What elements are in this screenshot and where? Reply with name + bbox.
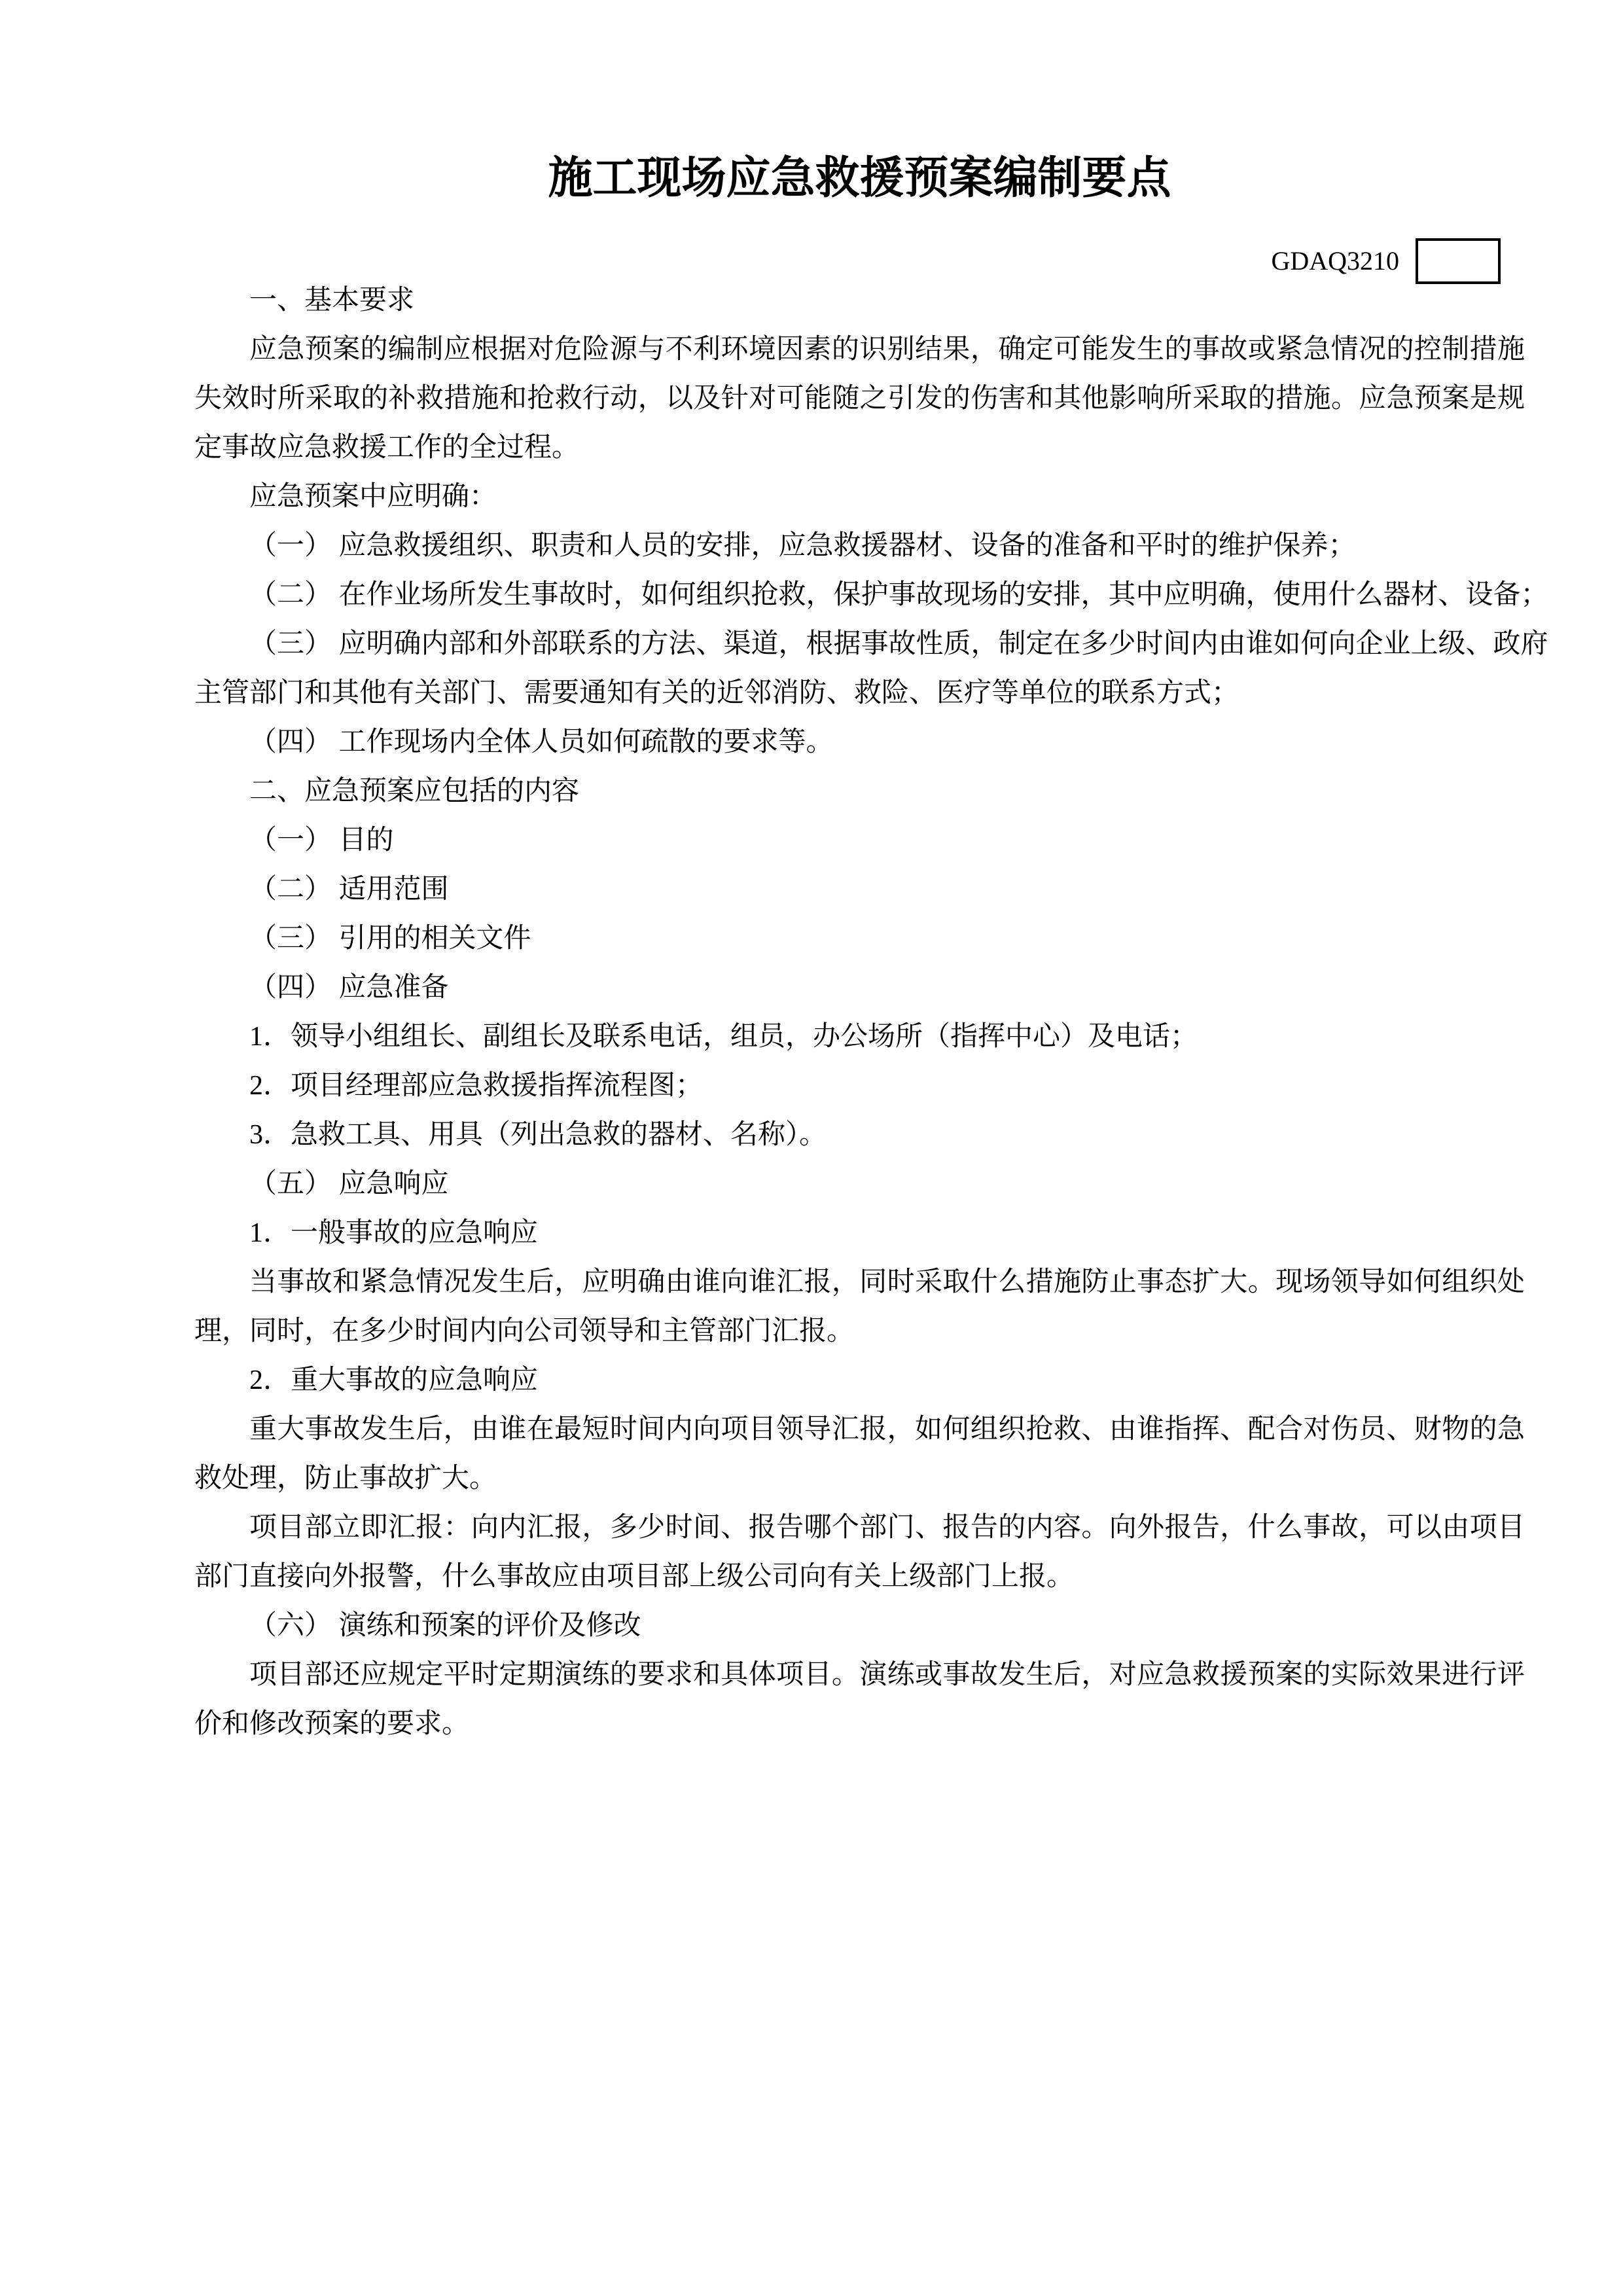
text-line: 1．领导小组组长、副组长及联系电话，组员，办公场所（指挥中心）及电话； [194, 1013, 1525, 1062]
text-line: （三） 引用的相关文件 [194, 914, 1525, 963]
text-line: 价和修改预案的要求。 [194, 1700, 1525, 1749]
page-title: 施工现场应急救援预案编制要点 [194, 152, 1525, 204]
text-line: 失效时所采取的补救措施和抢救行动，以及针对可能随之引发的伤害和其他影响所采取的措… [194, 374, 1525, 423]
text-line: 主管部门和其他有关部门、需要通知有关的近邻消防、救险、医疗等单位的联系方式； [194, 669, 1525, 718]
text-line: 一、基本要求 [194, 276, 1525, 325]
text-line: 2．项目经理部应急救援指挥流程图； [194, 1062, 1525, 1111]
text-line: 3．急救工具、用具（列出急救的器材、名称）。 [194, 1111, 1525, 1160]
text-line: （五） 应急响应 [194, 1160, 1525, 1209]
text-line: 部门直接向外报警，什么事故应由项目部上级公司向有关上级部门上报。 [194, 1552, 1525, 1602]
text-line: 理，同时，在多少时间内向公司领导和主管部门汇报。 [194, 1307, 1525, 1356]
text-line: （二） 适用范围 [194, 865, 1525, 914]
text-line: （一） 应急救援组织、职责和人员的安排，应急救援器材、设备的准备和平时的维护保养… [194, 522, 1525, 571]
text-line: 定事故应急救援工作的全过程。 [194, 423, 1525, 473]
text-line: 项目部立即汇报：向内汇报，多少时间、报告哪个部门、报告的内容。向外报告，什么事故… [194, 1503, 1525, 1552]
text-line: 重大事故发生后，由谁在最短时间内向项目领导汇报，如何组织抢救、由谁指挥、配合对伤… [194, 1405, 1525, 1454]
text-line: （三） 应明确内部和外部联系的方法、渠道，根据事故性质，制定在多少时间内由谁如何… [194, 620, 1525, 669]
document-body: 一、基本要求应急预案的编制应根据对危险源与不利环境因素的识别结果，确定可能发生的… [194, 276, 1525, 1749]
document-page: 施工现场应急救援预案编制要点 GDAQ3210 一、基本要求应急预案的编制应根据… [0, 0, 1623, 2296]
text-line: 2．重大事故的应急响应 [194, 1356, 1525, 1405]
text-line: 应急预案中应明确： [194, 473, 1525, 522]
text-line: （六） 演练和预案的评价及修改 [194, 1602, 1525, 1651]
text-line: 二、应急预案应包括的内容 [194, 767, 1525, 816]
text-line: 当事故和紧急情况发生后，应明确由谁向谁汇报，同时采取什么措施防止事态扩大。现场领… [194, 1258, 1525, 1307]
text-line: 1．一般事故的应急响应 [194, 1209, 1525, 1258]
text-line: （一） 目的 [194, 816, 1525, 865]
text-line: （四） 工作现场内全体人员如何疏散的要求等。 [194, 718, 1525, 767]
text-line: 项目部还应规定平时定期演练的要求和具体项目。演练或事故发生后，对应急救援预案的实… [194, 1651, 1525, 1700]
text-line: （四） 应急准备 [194, 963, 1525, 1013]
text-line: 救处理，防止事故扩大。 [194, 1454, 1525, 1503]
text-line: 应急预案的编制应根据对危险源与不利环境因素的识别结果，确定可能发生的事故或紧急情… [194, 325, 1525, 374]
text-line: （二） 在作业场所发生事故时，如何组织抢救，保护事故现场的安排，其中应明确，使用… [194, 571, 1525, 620]
